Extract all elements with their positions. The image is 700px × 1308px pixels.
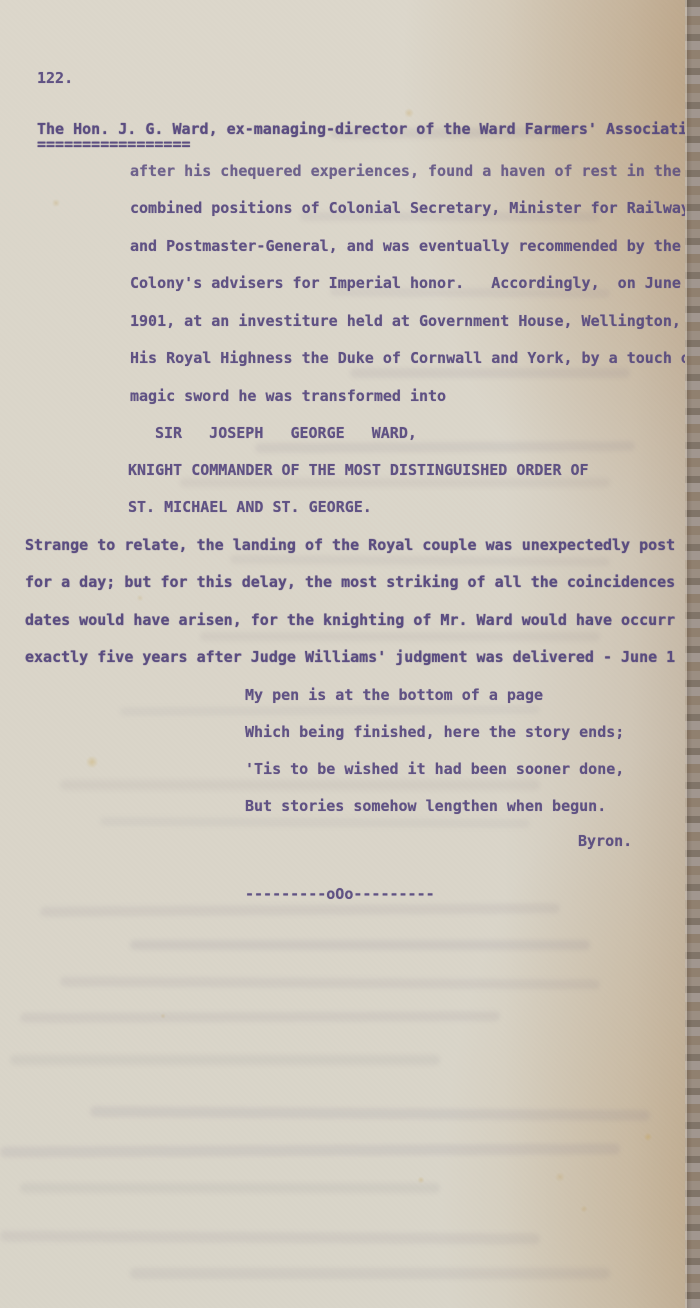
end-divider: ---------oOo--------- <box>245 886 435 903</box>
poem-line: 'Tis to be wished it had been sooner don… <box>245 761 624 778</box>
bleed-through-smudge <box>350 368 630 378</box>
typed-line: Colony's advisers for Imperial honor. Ac… <box>130 275 681 292</box>
bleed-through-smudge <box>90 1106 650 1121</box>
typed-line: 1901, at an investiture held at Governme… <box>130 313 681 330</box>
typed-line: Strange to relate, the landing of the Ro… <box>25 537 675 554</box>
typed-line: combined positions of Colonial Secretary… <box>130 200 690 217</box>
attribution: Byron. <box>578 833 632 850</box>
page-number: 122. <box>37 70 73 87</box>
bleed-through-smudge <box>20 1011 500 1023</box>
bleed-through-smudge <box>60 780 540 790</box>
typed-line: KNIGHT COMMANDER OF THE MOST DISTINGUISH… <box>128 462 589 479</box>
bleed-through-smudge <box>0 1231 540 1245</box>
typed-line: and Postmaster-General, and was eventual… <box>130 238 681 255</box>
poem-line: But stories somehow lengthen when begun. <box>245 798 606 815</box>
typed-line: magic sword he was transformed into <box>130 388 446 405</box>
typed-line: ST. MICHAEL AND ST. GEORGE. <box>128 499 372 516</box>
next-page-edge <box>685 0 700 1308</box>
poem-line: My pen is at the bottom of a page <box>245 687 543 704</box>
typed-line: exactly five years after Judge Williams'… <box>25 649 675 666</box>
bleed-through-smudge <box>180 478 610 487</box>
bleed-through-smudge <box>60 977 600 990</box>
bleed-through-smudge <box>100 817 530 828</box>
bleed-through-smudge <box>230 555 610 567</box>
bleed-through-smudge <box>200 632 600 641</box>
poem-line: Which being finished, here the story end… <box>245 724 624 741</box>
typed-line: for a day; but for this delay, the most … <box>25 574 675 591</box>
typed-line: His Royal Highness the Duke of Cornwall … <box>130 350 690 367</box>
bleed-through-smudge <box>130 940 590 950</box>
typed-line: dates would have arisen, for the knighti… <box>25 612 675 629</box>
scanned-document-page: 122. The Hon. J. G. Ward, ex-managing-di… <box>0 0 700 1308</box>
bleed-through-smudge <box>120 705 540 716</box>
bleed-through-smudge <box>10 1055 440 1065</box>
heading-underline: ================= <box>37 136 191 153</box>
bleed-through-smudge <box>0 1143 620 1157</box>
typed-line: after his chequered experiences, found a… <box>130 163 681 180</box>
bleed-through-smudge <box>20 1183 440 1193</box>
bleed-through-smudge <box>255 441 635 453</box>
bleed-through-smudge <box>40 903 560 917</box>
typed-line: SIR JOSEPH GEORGE WARD, <box>155 425 417 442</box>
bleed-through-smudge <box>130 1268 610 1279</box>
